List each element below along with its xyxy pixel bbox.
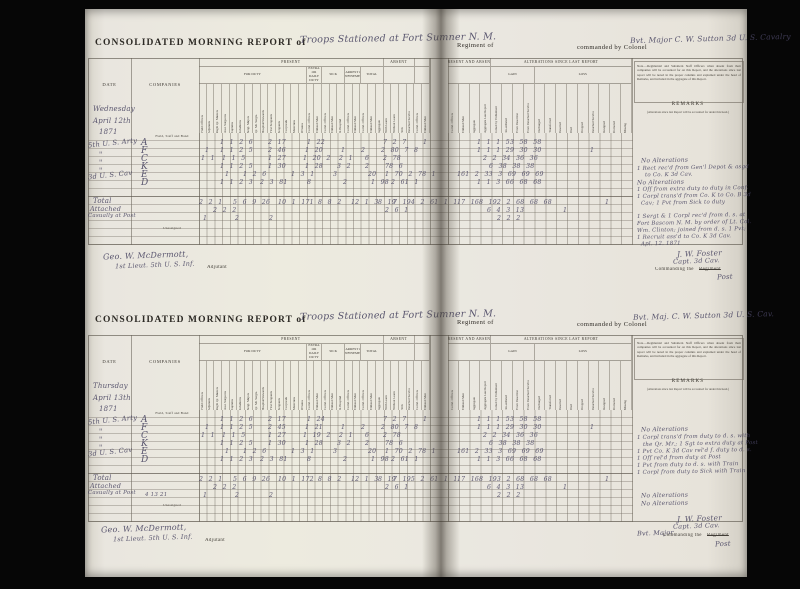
handwritten-entry: 8 8 2 [318,200,341,206]
printed-label: Adjutant [205,538,225,543]
handwritten-entry: 1 22 [307,140,325,146]
handwritten-entry: Total [93,198,112,205]
handwritten-entry: 1 1 2 5 [220,441,253,447]
handwritten-entry: 2 2 1 [199,477,222,483]
ledger-page: CONSOLIDATED MORNING REPORT of Regiment … [85,9,747,577]
handwritten-entry: Thursday [93,383,128,390]
handwritten-entry: 1 21 [305,425,323,431]
handwritten-entry: April 12th [93,118,131,125]
handwritten-entry: 1871 [99,129,118,136]
handwritten-entry: 3 2 [337,441,351,447]
handwritten-entry: 2 2 34 36 36 [483,156,538,162]
handwritten-entry: 1 [423,140,427,146]
handwritten-entry: 1 1 1 29 30 30 [477,425,542,431]
handwritten-entry: 1 [205,148,209,154]
handwritten-entry: 1 28 [305,164,323,170]
handwritten-entry: 2 2 1 [199,200,222,206]
handwritten-entry: 6 4 3 13 [487,208,524,214]
handwritten-entry: 1 1 5 [222,433,245,439]
handwritten-entry: Capt. 3d Cav. [673,522,720,530]
handwritten-entry: D [141,456,148,465]
handwritten-entry: 1 1 2 5 [220,425,253,431]
handwritten-entry: 2 [343,457,347,463]
handwritten-entry: 1 20 2 [303,156,330,162]
handwritten-entry: 6 [365,156,369,162]
printed-label: Regiment [707,533,729,538]
handwritten-entry: 1 98 [371,457,389,463]
handwritten-entry: 6 38 38 38 [489,441,534,447]
handwritten-entry: 2 80 7 8 [381,148,418,154]
handwritten-entry: 7 2 7 [383,140,406,146]
handwritten-entry: 1 24 [307,417,325,423]
handwritten-entry: 2 2 34 36 36 [483,433,538,439]
handwritten-entry: 3d U. S. Cav [88,447,133,458]
handwritten-entry: 1 1 5 [222,156,245,162]
handwritten-entry: 1 98 [371,180,389,186]
printed-label: Commanding the [663,533,702,538]
handwritten-entry: 8 8 2 [318,477,341,483]
handwritten-entry: 2 [365,441,369,447]
handwritten-entry: 1 1 2 5 [220,164,253,170]
handwritten-entry: 2 [343,180,347,186]
handwritten-entry: 2 17 [268,140,286,146]
handwritten-entry: 1 70 2 78 1 [385,172,436,178]
handwritten-entry: 1 28 [305,441,323,447]
handwritten-entry: 1 Corpl from duty to Sick with Train [637,469,746,476]
handwritten-entry: 12 1 3 [351,477,378,483]
handwritten-entry: 8 [307,180,311,186]
handwritten-entry: 1 1 2 3 [220,457,253,463]
morning-report-top: CONSOLIDATED MORNING REPORT of Regiment … [85,30,747,303]
handwritten-entry: 17 168 193 2 68 68 68 [457,477,552,483]
handwritten-entry: 78 6 [385,441,403,447]
handwritten-entry: 3 [333,449,337,455]
handwritten-entry: 1 3 1 [291,172,314,178]
handwritten-entry: Casually at Post [88,491,136,497]
handwritten-entry: 78 6 [385,164,403,170]
handwritten-entry: 1 70 2 78 1 [385,449,436,455]
handwritten-entry: 1 1 2 6 [220,417,253,423]
handwritten-entry: 6 [365,433,369,439]
handwritten-entry: 1 [203,216,207,222]
handwritten-entry: 2 46 [268,148,286,154]
handwritten-entry: 1 [423,417,427,423]
printed-label: Regiment [699,267,721,272]
handwritten-entry: Bvt. Major C. W. Sutton 3d U. S. Cavalry [630,33,791,45]
handwritten-entry: No Alterations [641,493,688,500]
handwritten-entry: 2 [269,216,273,222]
handwritten-entry: 161 2 33 3 69 69 69 [457,172,544,178]
handwritten-entry: 1 1 [201,156,215,162]
handwritten-entry: 1 30 [268,441,286,447]
handwritten-entry: 7 2 7 [383,417,406,423]
handwritten-entry: 1 19 2 [303,433,330,439]
handwritten-entry: 17 168 192 2 68 68 68 [457,200,552,206]
handwritten-entry: 2 [365,164,369,170]
handwritten-entry: 1 1 3 66 68 68 [477,457,542,463]
handwritten-entry: 1st Lieut. 5th U. S. Inf. [115,261,195,270]
handwritten-entry: 1 [341,148,345,154]
handwritten-entry: Troops Stationed at Fort Sumner N. M. [300,32,496,45]
handwritten-entry: 5 6 9 26 [233,477,270,483]
handwritten-entry: 3 [333,172,337,178]
handwritten-entry: 1 2 6 [243,172,266,178]
handwritten-entry: Casually at Post [88,214,136,220]
handwritten-entry: 5 6 9 26 [233,200,270,206]
handwritten-entry: 5th U. S. Arty [88,414,138,426]
handwritten-entry: " [99,160,102,167]
handwritten-entry: 1 2 6 [243,449,266,455]
handwritten-entry: Bvt. Maj. C. W. Sutton 3d U. S. Cav. [633,310,774,321]
handwritten-entry: 2 80 7 8 [381,425,418,431]
handwritten-entry: No Alterations [641,427,688,434]
handwritten-entry: 5th U. S. Arty [88,137,138,149]
handwritten-entry: 7 194 2 61 1 1 [393,200,458,206]
handwritten-entry: 10 1 172 [278,477,314,483]
handwritten-entry: 3d U. S. Cav [88,170,133,181]
handwritten-entry: 1 [203,493,207,499]
handwritten-entry: No Alterations [641,158,688,165]
handwritten-entry: 1st Lieut. 5th U. S. Inf. [113,534,193,543]
handwritten-entry: 1 30 [268,164,286,170]
handwritten-entry: 1 [605,200,609,206]
handwritten-entry: 20 [368,449,376,455]
handwritten-entry: " [99,429,102,436]
handwritten-entry: Capt. 3d Cav. [673,257,720,265]
handwritten-entry: 1 1 1 53 58 58 [477,417,542,423]
handwritten-entry: Post [715,541,731,549]
handwritten-entry: 2 6 1 [385,485,408,491]
handwritten-entry: 1 [563,208,567,214]
handwritten-entry: 10 1 171 [278,200,314,206]
handwritten-entry: 1 [605,477,609,483]
handwritten-entry: Post [717,274,733,282]
handwritten-entry: 2 2 2 [497,493,520,499]
handwritten-entry: 161 2 33 3 69 69 69 [457,449,544,455]
handwritten-entry: 7 195 2 61 1 1 [393,477,458,483]
handwritten-entry: 1871 [99,406,118,413]
handwritten-entry: 1 [341,425,345,431]
handwritten-entry: 8 [307,457,311,463]
handwritten-entry: 2 [361,425,365,431]
handwritten-entry: 1 [225,449,229,455]
handwriting-layer: Troops Stationed at Fort Sumner N. M.Bvt… [85,30,747,303]
handwritten-entry: 2 [235,216,239,222]
handwritten-entry: 1 [225,172,229,178]
handwritten-entry: 2 1 [339,433,353,439]
handwritten-entry: 12 1 3 [351,200,378,206]
handwritten-entry: 2 3 81 [260,180,287,186]
handwritten-entry: D [141,179,148,188]
printed-label: Adjutant [207,265,227,270]
handwritten-entry: 1 27 [268,433,286,439]
handwritten-entry: Cav; 1 Pvt from Sick to duty [641,200,725,207]
handwritten-entry: 4 13 21 [145,493,167,499]
handwritten-entry: 6 4 3 13 [487,485,524,491]
handwritten-entry: Apl. 12. 1871 [641,242,681,248]
handwritten-entry: 2 3 81 [260,457,287,463]
handwritten-entry: 2 45 [268,425,286,431]
handwritten-entry: 2 [361,148,365,154]
handwritten-entry: 1 1 1 53 58 58 [477,140,542,146]
handwritten-entry: 1 3 1 [291,449,314,455]
handwritten-entry: April 13th [93,395,131,402]
handwritten-entry: 2 6 1 [385,208,408,214]
handwritten-entry: 2 1 [339,156,353,162]
handwriting-layer: Troops Stationed at Fort Sumner N. M.Bvt… [85,307,747,577]
scanned-document: CONSOLIDATED MORNING REPORT of Regiment … [0,0,800,589]
handwritten-entry: 2 78 [383,156,401,162]
handwritten-entry: 6 38 38 38 [489,164,534,170]
handwritten-entry: 2 17 [268,417,286,423]
handwritten-entry: Wednesday [93,106,135,113]
handwritten-entry: 1 1 2 6 [220,140,253,146]
handwritten-entry: 2 2 2 [213,208,236,214]
handwritten-entry: 1 [590,148,594,154]
handwritten-entry: 1 [563,485,567,491]
handwritten-entry: Attached [90,483,121,490]
printed-label: Commanding the [655,267,694,272]
handwritten-entry: Attached [90,206,121,213]
handwritten-entry: 1 1 2 3 [220,180,253,186]
handwritten-entry: 2 61 1 [391,180,418,186]
handwritten-entry: 1 20 [305,148,323,154]
morning-report-bottom: CONSOLIDATED MORNING REPORT of Regiment … [85,307,747,577]
handwritten-entry: 2 78 [383,433,401,439]
handwritten-entry: 1 [205,425,209,431]
handwritten-entry: Total [93,475,112,482]
handwritten-entry: 2 2 2 [497,216,520,222]
handwritten-entry: 2 61 1 [391,457,418,463]
handwritten-entry: No Alterations [641,501,688,508]
handwritten-entry: " [99,437,102,444]
handwritten-entry: 2 [235,493,239,499]
handwritten-entry: 1 27 [268,156,286,162]
handwritten-entry: 1 1 [201,433,215,439]
handwritten-entry: 3 2 [337,164,351,170]
handwritten-entry: 2 2 2 [213,485,236,491]
handwritten-entry: 1 [590,425,594,431]
handwritten-entry: Troops Stationed at Fort Sumner N. M. [300,309,496,322]
handwritten-entry: 2 [269,493,273,499]
handwritten-entry: 1 1 3 66 68 68 [477,180,542,186]
handwritten-entry: 20 [368,172,376,178]
handwritten-entry: 1 1 1 29 30 30 [477,148,542,154]
handwritten-entry: " [99,152,102,159]
handwritten-entry: 1 1 2 5 [220,148,253,154]
